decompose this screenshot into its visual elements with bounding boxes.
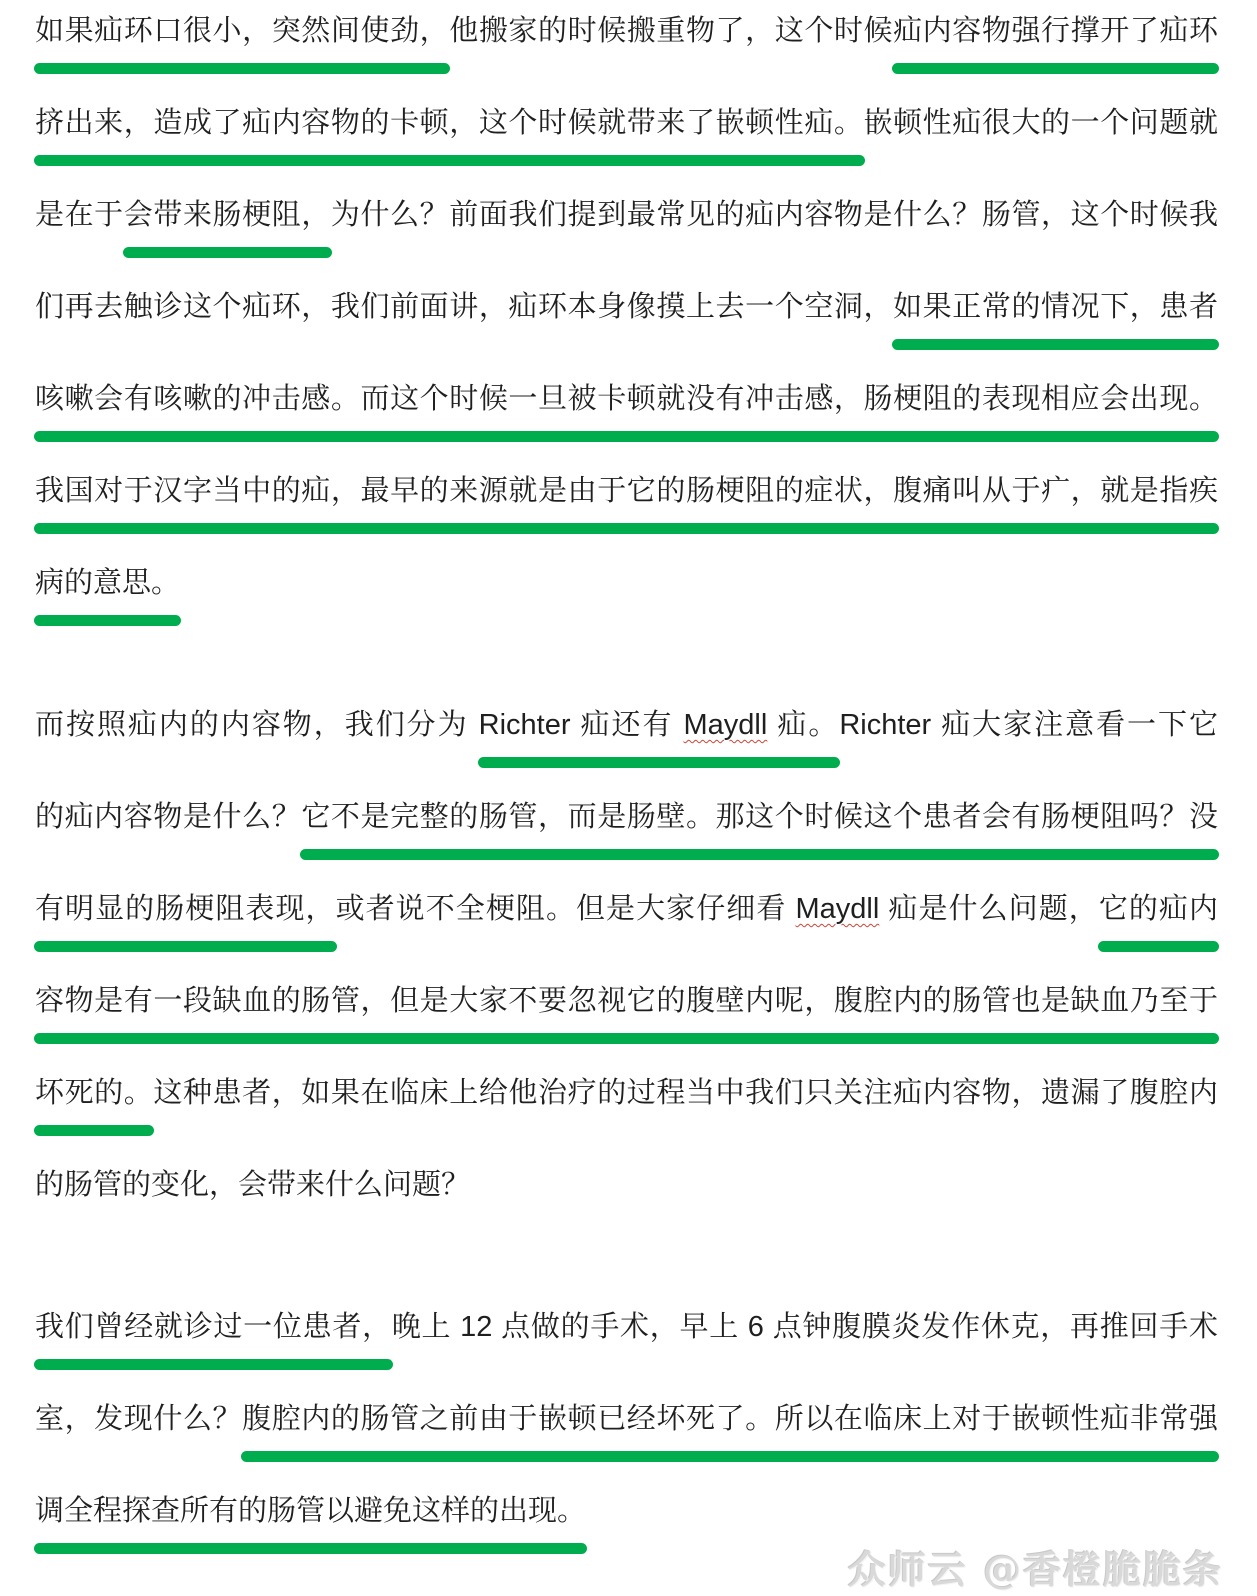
green-underline-run: 疝内容物强行撑开了疝环 [893,15,1218,47]
text-line-content: 如果疝环口很小，突然间使劲，他搬家的时候搬重物了，这个时候疝内容物强行撑开了疝环 [35,13,1218,49]
text-line: 有明显的肠梗阻表现，或者说不全梗阻。但是大家仔细看 Maydll 疝是什么问题，… [35,878,1218,970]
underlined-segment: 调全程探查所有的肠管以避免这样的出现。 [35,1495,586,1527]
text-segment: 室，发现什么？ [35,1403,242,1435]
underlined-segment: 腹腔内的肠管之前由于嵌顿已经坏死了。所以在临床上对于嵌顿性疝非常强 [242,1403,1218,1435]
text-line-content: 容物是有一段缺血的肠管，但是大家不要忽视它的腹壁内呢，腹腔内的肠管也是缺血乃至于 [35,983,1218,1019]
green-underline-run: 腹腔内的肠管之前由于嵌顿已经坏死了。所以在临床上对于嵌顿性疝非常强 [242,1403,1218,1435]
text-segment: Richter 疝大家注意看一下它 [839,709,1218,741]
watermark: 众师云 @香橙脆脆条 [848,1539,1223,1594]
text-line: 如果疝环口很小，突然间使劲，他搬家的时候搬重物了，这个时候疝内容物强行撑开了疝环 [35,0,1218,92]
text-line-content: 咳嗽会有咳嗽的冲击感。而这个时候一旦被卡顿就没有冲击感，肠梗阻的表现相应会出现。 [35,381,1218,417]
document-body: 如果疝环口很小，突然间使劲，他搬家的时候搬重物了，这个时候疝内容物强行撑开了疝环… [35,0,1218,1572]
green-underline-run: 我国对于汉字当中的疝，最早的来源就是由于它的肠梗阻的症状，腹痛叫从于疒，就是指疾 [35,475,1218,507]
text-line: 挤出来，造成了疝内容物的卡顿，这个时候就带来了嵌顿性疝。嵌顿性疝很大的一个问题就 [35,92,1218,184]
green-underline-run: Richter 疝还有 Maydll 疝。 [479,709,840,741]
underlined-segment: 病的意思。 [35,567,180,599]
text-line-content: 们再去触诊这个疝环，我们前面讲，疝环本身像摸上去一个空洞，如果正常的情况下，患者 [35,289,1218,325]
text-line: 而按照疝内的内容物，我们分为 Richter 疝还有 Maydll 疝。Rich… [35,694,1218,786]
underlined-segment: 疝。 [767,709,839,741]
underlined-segment: 如果正常的情况下，患者 [893,291,1218,323]
underlined-segment: 有明显的肠梗阻表现， [35,893,336,925]
text-segment: 或者说不全梗阻。但是大家仔细看 [336,893,796,925]
text-line-content: 我国对于汉字当中的疝，最早的来源就是由于它的肠梗阻的症状，腹痛叫从于疒，就是指疾 [35,473,1218,509]
text-line-content: 的疝内容物是什么？它不是完整的肠管，而是肠壁。那这个时候这个患者会有肠梗阻吗？没 [35,799,1218,835]
text-line-content: 病的意思。 [35,565,1218,601]
text-line-content: 的肠管的变化，会带来什么问题？ [35,1167,1218,1203]
text-segment: 这种患者，如果在临床上给他治疗的过程当中我们只关注疝内容物，遗漏了腹腔内 [153,1077,1218,1109]
text-segment: 们再去触诊这个疝环，我们前面讲，疝环本身像摸上去一个空洞， [35,291,893,323]
green-underline-run: 它的疝内 [1099,893,1218,925]
underlined-segment: 咳嗽会有咳嗽的冲击感。而这个时候一旦被卡顿就没有冲击感，肠梗阻的表现相应会出现。 [35,383,1218,415]
text-line: 咳嗽会有咳嗽的冲击感。而这个时候一旦被卡顿就没有冲击感，肠梗阻的表现相应会出现。 [35,368,1218,460]
text-segment: 是在于 [35,199,124,231]
text-line: 病的意思。 [35,552,1218,644]
underlined-segment: 如果疝环口很小，突然间使劲， [35,15,449,47]
text-line-content: 有明显的肠梗阻表现，或者说不全梗阻。但是大家仔细看 Maydll 疝是什么问题，… [35,891,1218,927]
text-segment: 疝是什么问题， [879,893,1099,925]
green-underline-run: 容物是有一段缺血的肠管，但是大家不要忽视它的腹壁内呢，腹腔内的肠管也是缺血乃至于 [35,985,1218,1017]
underlined-segment: 它不是完整的肠管，而是肠壁。那这个时候这个患者会有肠梗阻吗？没 [301,801,1218,833]
underlined-segment: 容物是有一段缺血的肠管，但是大家不要忽视它的腹壁内呢，腹腔内的肠管也是缺血乃至于 [35,985,1218,1017]
spellcheck-word: Maydll [684,709,768,741]
text-segment: 的肠管的变化，会带来什么问题？ [35,1169,470,1201]
text-segment: 他搬家的时候搬重物了，这个时候 [449,15,893,47]
underlined-segment: 会带来肠梗阻， [124,199,331,231]
text-segment: 晚上 12 点做的手术，早上 6 点钟腹膜炎发作休克，再推回手术 [392,1311,1218,1343]
underlined-segment: 坏死的。 [35,1077,153,1109]
text-segment: 而按照疝内的内容物，我们分为 [35,709,479,741]
text-segment: 的疝内容物是什么？ [35,801,301,833]
text-line: 室，发现什么？腹腔内的肠管之前由于嵌顿已经坏死了。所以在临床上对于嵌顿性疝非常强 [35,1388,1218,1480]
underlined-segment: 我国对于汉字当中的疝，最早的来源就是由于它的肠梗阻的症状，腹痛叫从于疒，就是指疾 [35,475,1218,507]
green-underline-run: 如果疝环口很小，突然间使劲， [35,15,449,47]
text-line: 坏死的。这种患者，如果在临床上给他治疗的过程当中我们只关注疝内容物，遗漏了腹腔内 [35,1062,1218,1154]
text-line-content: 我们曾经就诊过一位患者，晚上 12 点做的手术，早上 6 点钟腹膜炎发作休克，再… [35,1309,1218,1345]
text-line-content: 挤出来，造成了疝内容物的卡顿，这个时候就带来了嵌顿性疝。嵌顿性疝很大的一个问题就 [35,105,1218,141]
text-line: 容物是有一段缺血的肠管，但是大家不要忽视它的腹壁内呢，腹腔内的肠管也是缺血乃至于 [35,970,1218,1062]
text-line: 们再去触诊这个疝环，我们前面讲，疝环本身像摸上去一个空洞，如果正常的情况下，患者 [35,276,1218,368]
text-line-content: 而按照疝内的内容物，我们分为 Richter 疝还有 Maydll 疝。Rich… [35,707,1218,743]
paragraph: 我们曾经就诊过一位患者，晚上 12 点做的手术，早上 6 点钟腹膜炎发作休克，再… [35,1296,1218,1572]
underlined-segment: 疝内容物强行撑开了疝环 [893,15,1218,47]
underlined-segment: 挤出来，造成了疝内容物的卡顿，这个时候就带来了嵌顿性疝。 [35,107,864,139]
green-underline-run: 咳嗽会有咳嗽的冲击感。而这个时候一旦被卡顿就没有冲击感，肠梗阻的表现相应会出现。 [35,383,1218,415]
green-underline-run: 我们曾经就诊过一位患者， [35,1311,392,1343]
underlined-segment: 它的疝内 [1099,893,1218,925]
green-underline-run: 病的意思。 [35,567,180,599]
text-line: 我们曾经就诊过一位患者，晚上 12 点做的手术，早上 6 点钟腹膜炎发作休克，再… [35,1296,1218,1388]
paragraph: 而按照疝内的内容物，我们分为 Richter 疝还有 Maydll 疝。Rich… [35,694,1218,1246]
underlined-segment: 我们曾经就诊过一位患者， [35,1311,392,1343]
green-underline-run: 它不是完整的肠管，而是肠壁。那这个时候这个患者会有肠梗阻吗？没 [301,801,1218,833]
text-line: 是在于会带来肠梗阻，为什么？前面我们提到最常见的疝内容物是什么？肠管，这个时候我 [35,184,1218,276]
green-underline-run: 如果正常的情况下，患者 [893,291,1218,323]
underlined-segment: Richter 疝还有 [479,709,684,741]
green-underline-run: 调全程探查所有的肠管以避免这样的出现。 [35,1495,586,1527]
text-line: 的疝内容物是什么？它不是完整的肠管，而是肠壁。那这个时候这个患者会有肠梗阻吗？没 [35,786,1218,878]
text-segment: 嵌顿性疝很大的一个问题就 [864,107,1218,139]
text-line-content: 坏死的。这种患者，如果在临床上给他治疗的过程当中我们只关注疝内容物，遗漏了腹腔内 [35,1075,1218,1111]
green-underline-run: 坏死的。 [35,1077,153,1109]
green-underline-run: 有明显的肠梗阻表现， [35,893,336,925]
text-line-content: 是在于会带来肠梗阻，为什么？前面我们提到最常见的疝内容物是什么？肠管，这个时候我 [35,197,1218,233]
text-line-content: 调全程探查所有的肠管以避免这样的出现。 [35,1493,1218,1529]
paragraph: 如果疝环口很小，突然间使劲，他搬家的时候搬重物了，这个时候疝内容物强行撑开了疝环… [35,0,1218,644]
green-underline-run: 挤出来，造成了疝内容物的卡顿，这个时候就带来了嵌顿性疝。 [35,107,864,139]
spellcheck-word: Maydll [796,893,880,925]
green-underline-run: 会带来肠梗阻， [124,199,331,231]
text-segment: 为什么？前面我们提到最常见的疝内容物是什么？肠管，这个时候我 [331,199,1218,231]
text-line-content: 室，发现什么？腹腔内的肠管之前由于嵌顿已经坏死了。所以在临床上对于嵌顿性疝非常强 [35,1401,1218,1437]
document-screenshot: { "page": { "background": "#ffffff" }, "… [0,0,1257,1596]
text-line: 我国对于汉字当中的疝，最早的来源就是由于它的肠梗阻的症状，腹痛叫从于疒，就是指疾 [35,460,1218,552]
text-line: 的肠管的变化，会带来什么问题？ [35,1154,1218,1246]
